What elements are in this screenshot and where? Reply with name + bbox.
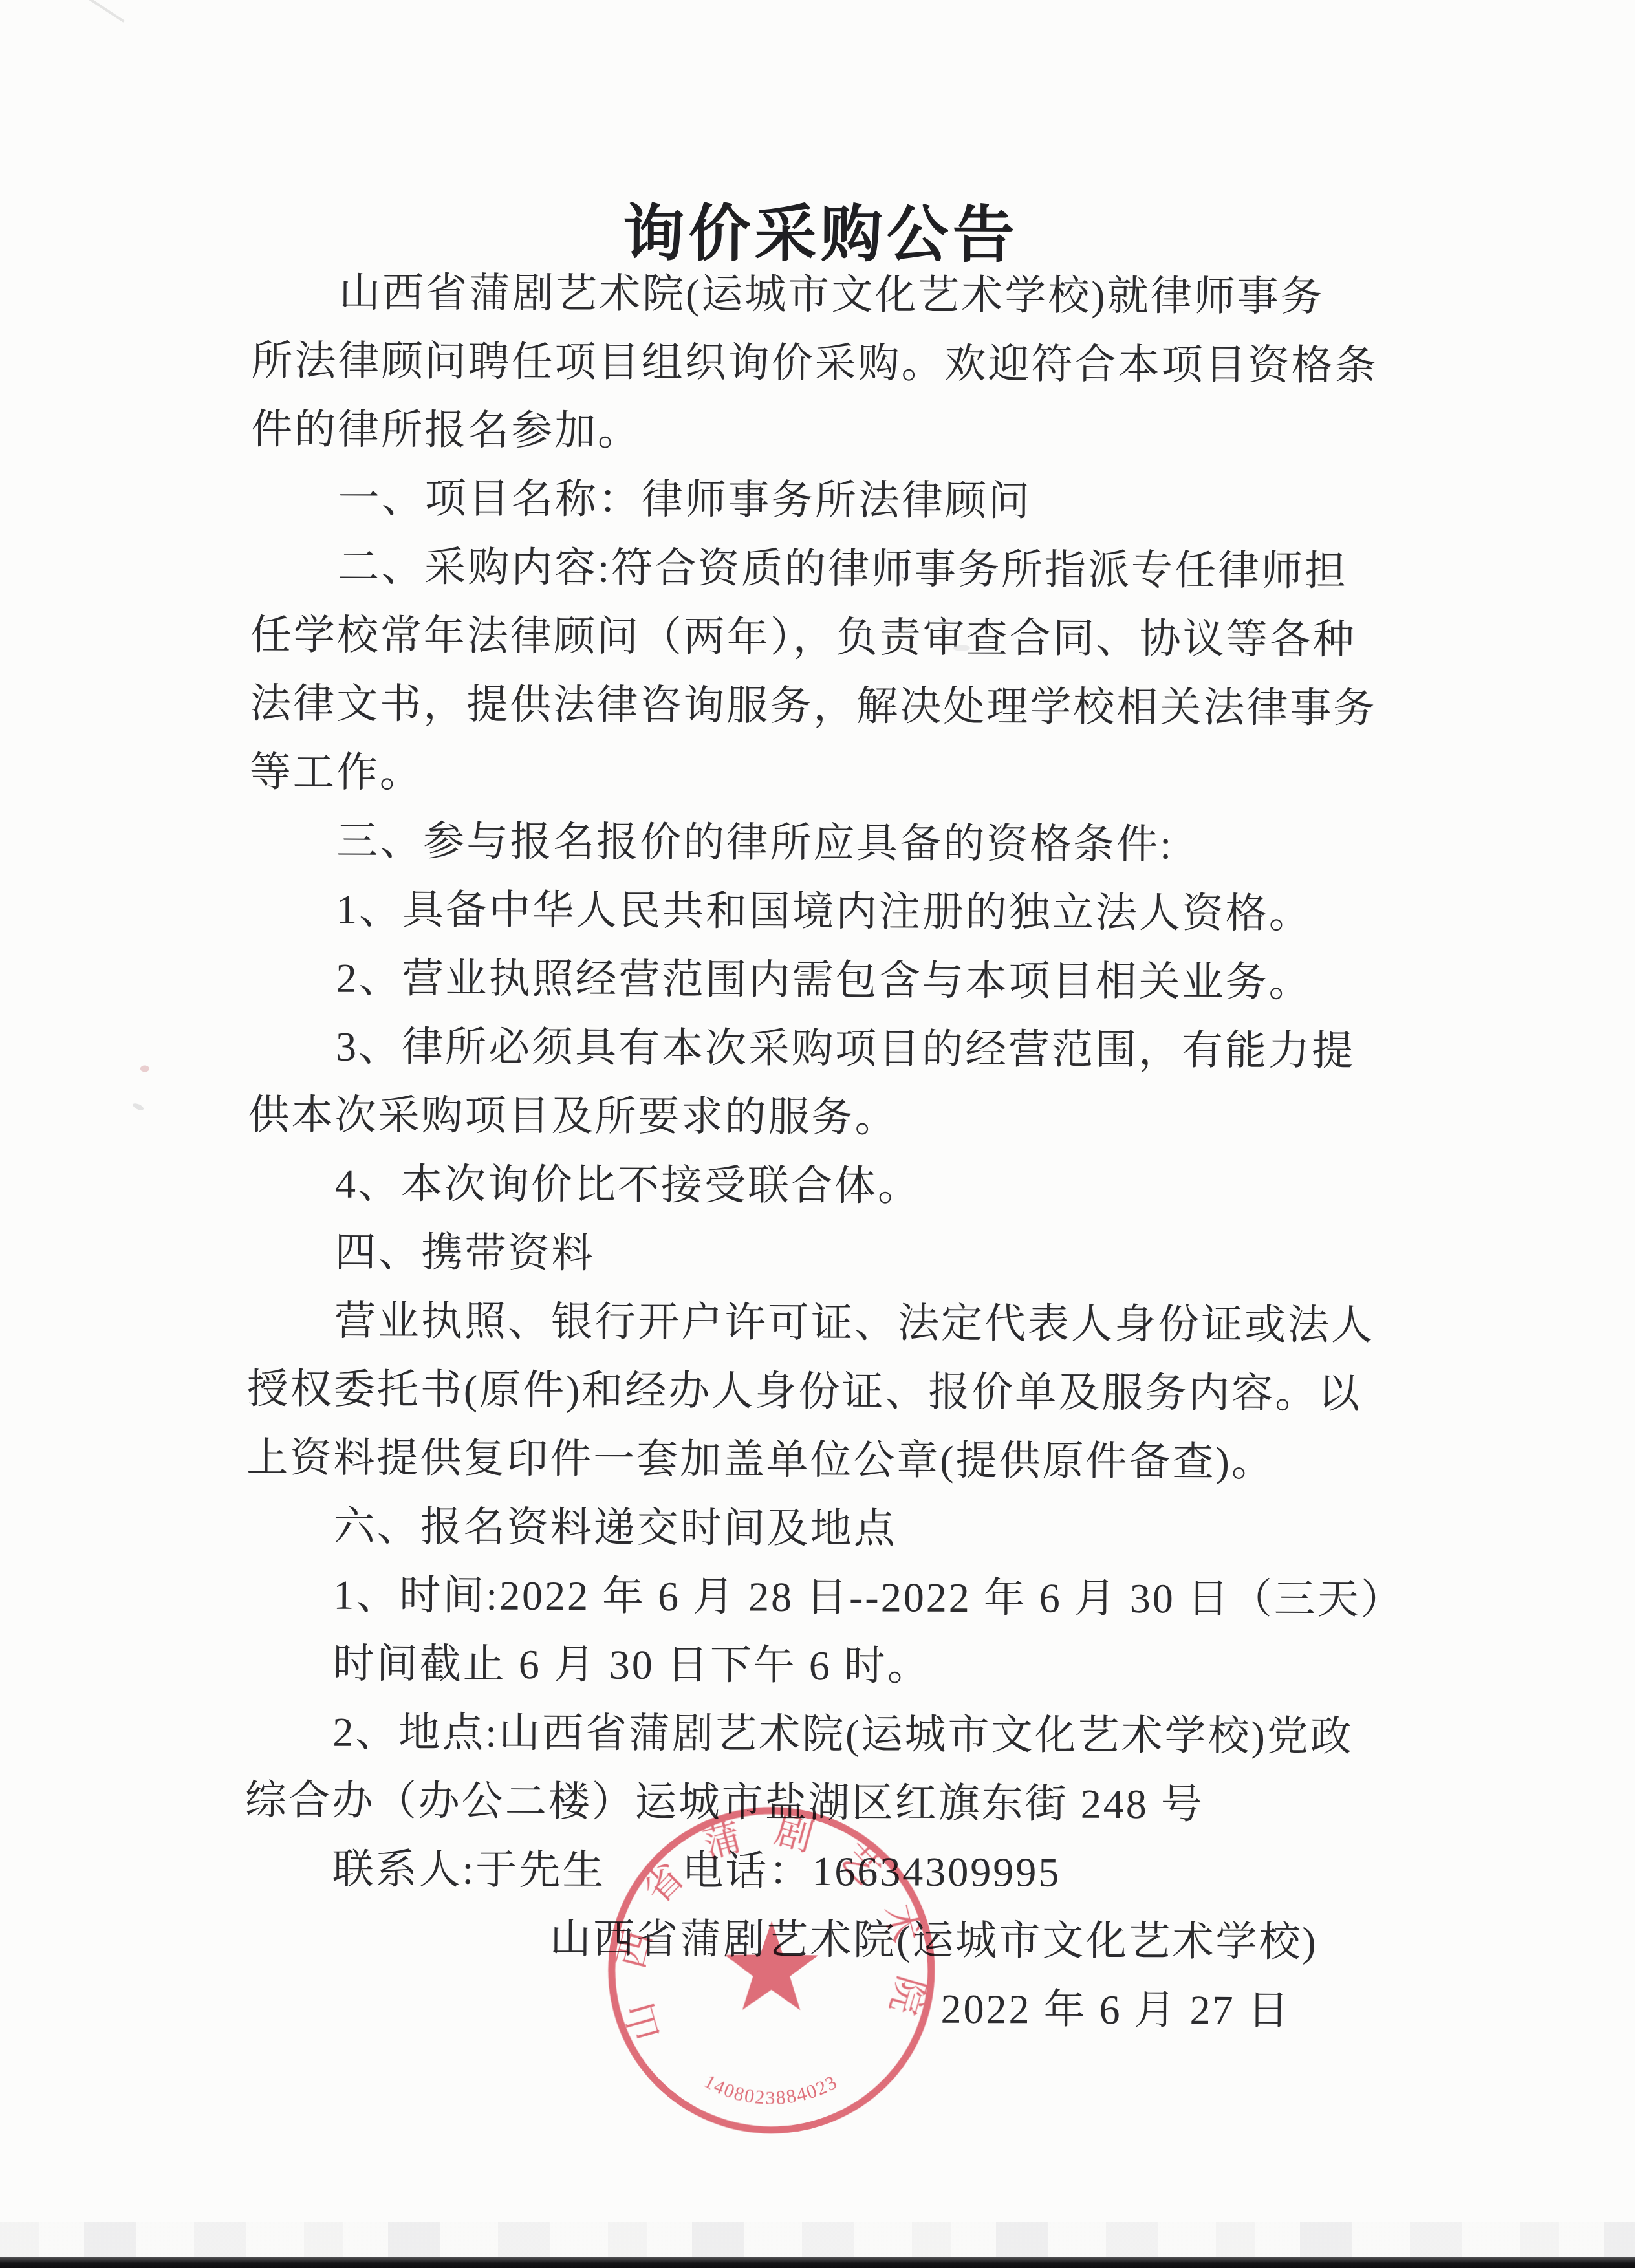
contact-person: 联系人:于先生 (332, 1846, 605, 1894)
seal-code: 1408023884023 (700, 2071, 841, 2110)
document-line: 一、项目名称：律师事务所法律顾问 (251, 464, 1389, 537)
scan-speck (953, 645, 970, 651)
document-line: 时间截止 6 月 30 日下午 6 时。 (246, 1629, 1384, 1703)
document-line: 六、报名资料递交时间及地点 (246, 1492, 1385, 1566)
document-line: 3、律所必须具有本次采购项目的经营范围，有能力提 (248, 1012, 1387, 1086)
scanned-page: 询价采购公告 山西省蒲剧艺术院(运城市文化艺术学校)就律师事务 所法律顾问聘任项… (0, 0, 1635, 2268)
scan-speck (140, 1065, 149, 1072)
scanner-smudge-band (0, 2222, 1635, 2258)
document-line: 上资料提供复印件一套加盖单位公章(提供原件备查)。 (246, 1423, 1385, 1497)
document-line: 1、具备中华人民共和国境内注册的独立法人资格。 (249, 875, 1387, 949)
scanner-edge-strip (0, 2257, 1635, 2268)
document-line: 授权委托书(原件)和经办人身份证、报价单及服务内容。以 (247, 1355, 1385, 1429)
document-line: 三、参与报名报价的律所应具备的资格条件: (249, 806, 1387, 880)
scan-scratch (83, 0, 125, 23)
document-line: 2、地点:山西省蒲剧艺术院(运城市文化艺术学校)党政 (245, 1698, 1383, 1771)
document-line: 营业执照、银行开户许可证、法定代表人身份证或法人 (247, 1286, 1385, 1360)
document-body: 山西省蒲剧艺术院(运城市文化艺术学校)就律师事务 所法律顾问聘任项目组织询价采购… (244, 258, 1390, 2046)
document-line: 所法律顾问聘任项目组织询价采购。欢迎符合本项目资格条 (251, 327, 1389, 400)
document-line: 法律文书，提供法律咨询服务，解决处理学校相关法律事务 (250, 669, 1388, 743)
document-line: 山西省蒲剧艺术院(运城市文化艺术学校)就律师事务 (252, 258, 1390, 332)
document-line: 件的律所报名参加。 (251, 395, 1389, 469)
document-line: 1、时间:2022 年 6 月 28 日--2022 年 6 月 30 日（三天… (246, 1561, 1384, 1634)
scan-speck (132, 1102, 145, 1112)
document-line: 2、营业执照经营范围内需包含与本项目相关业务。 (248, 944, 1387, 1017)
document-line: 二、采购内容:符合资质的律师事务所指派专任律师担 (250, 532, 1389, 606)
scan-speck (398, 290, 405, 296)
document-line: 供本次采购项目及所要求的服务。 (248, 1081, 1386, 1154)
document-line: 任学校常年法律顾问（两年），负责审查合同、协议等各种 (250, 601, 1389, 675)
document-line: 四、携带资料 (247, 1218, 1385, 1291)
official-seal-stamp: 山西省蒲剧艺术院 1408023884023 (600, 1798, 944, 2143)
document-line: 4、本次询价比不接受联合体。 (248, 1149, 1386, 1223)
document-line: 等工作。 (250, 738, 1388, 812)
seal-star-icon (724, 1921, 818, 2010)
